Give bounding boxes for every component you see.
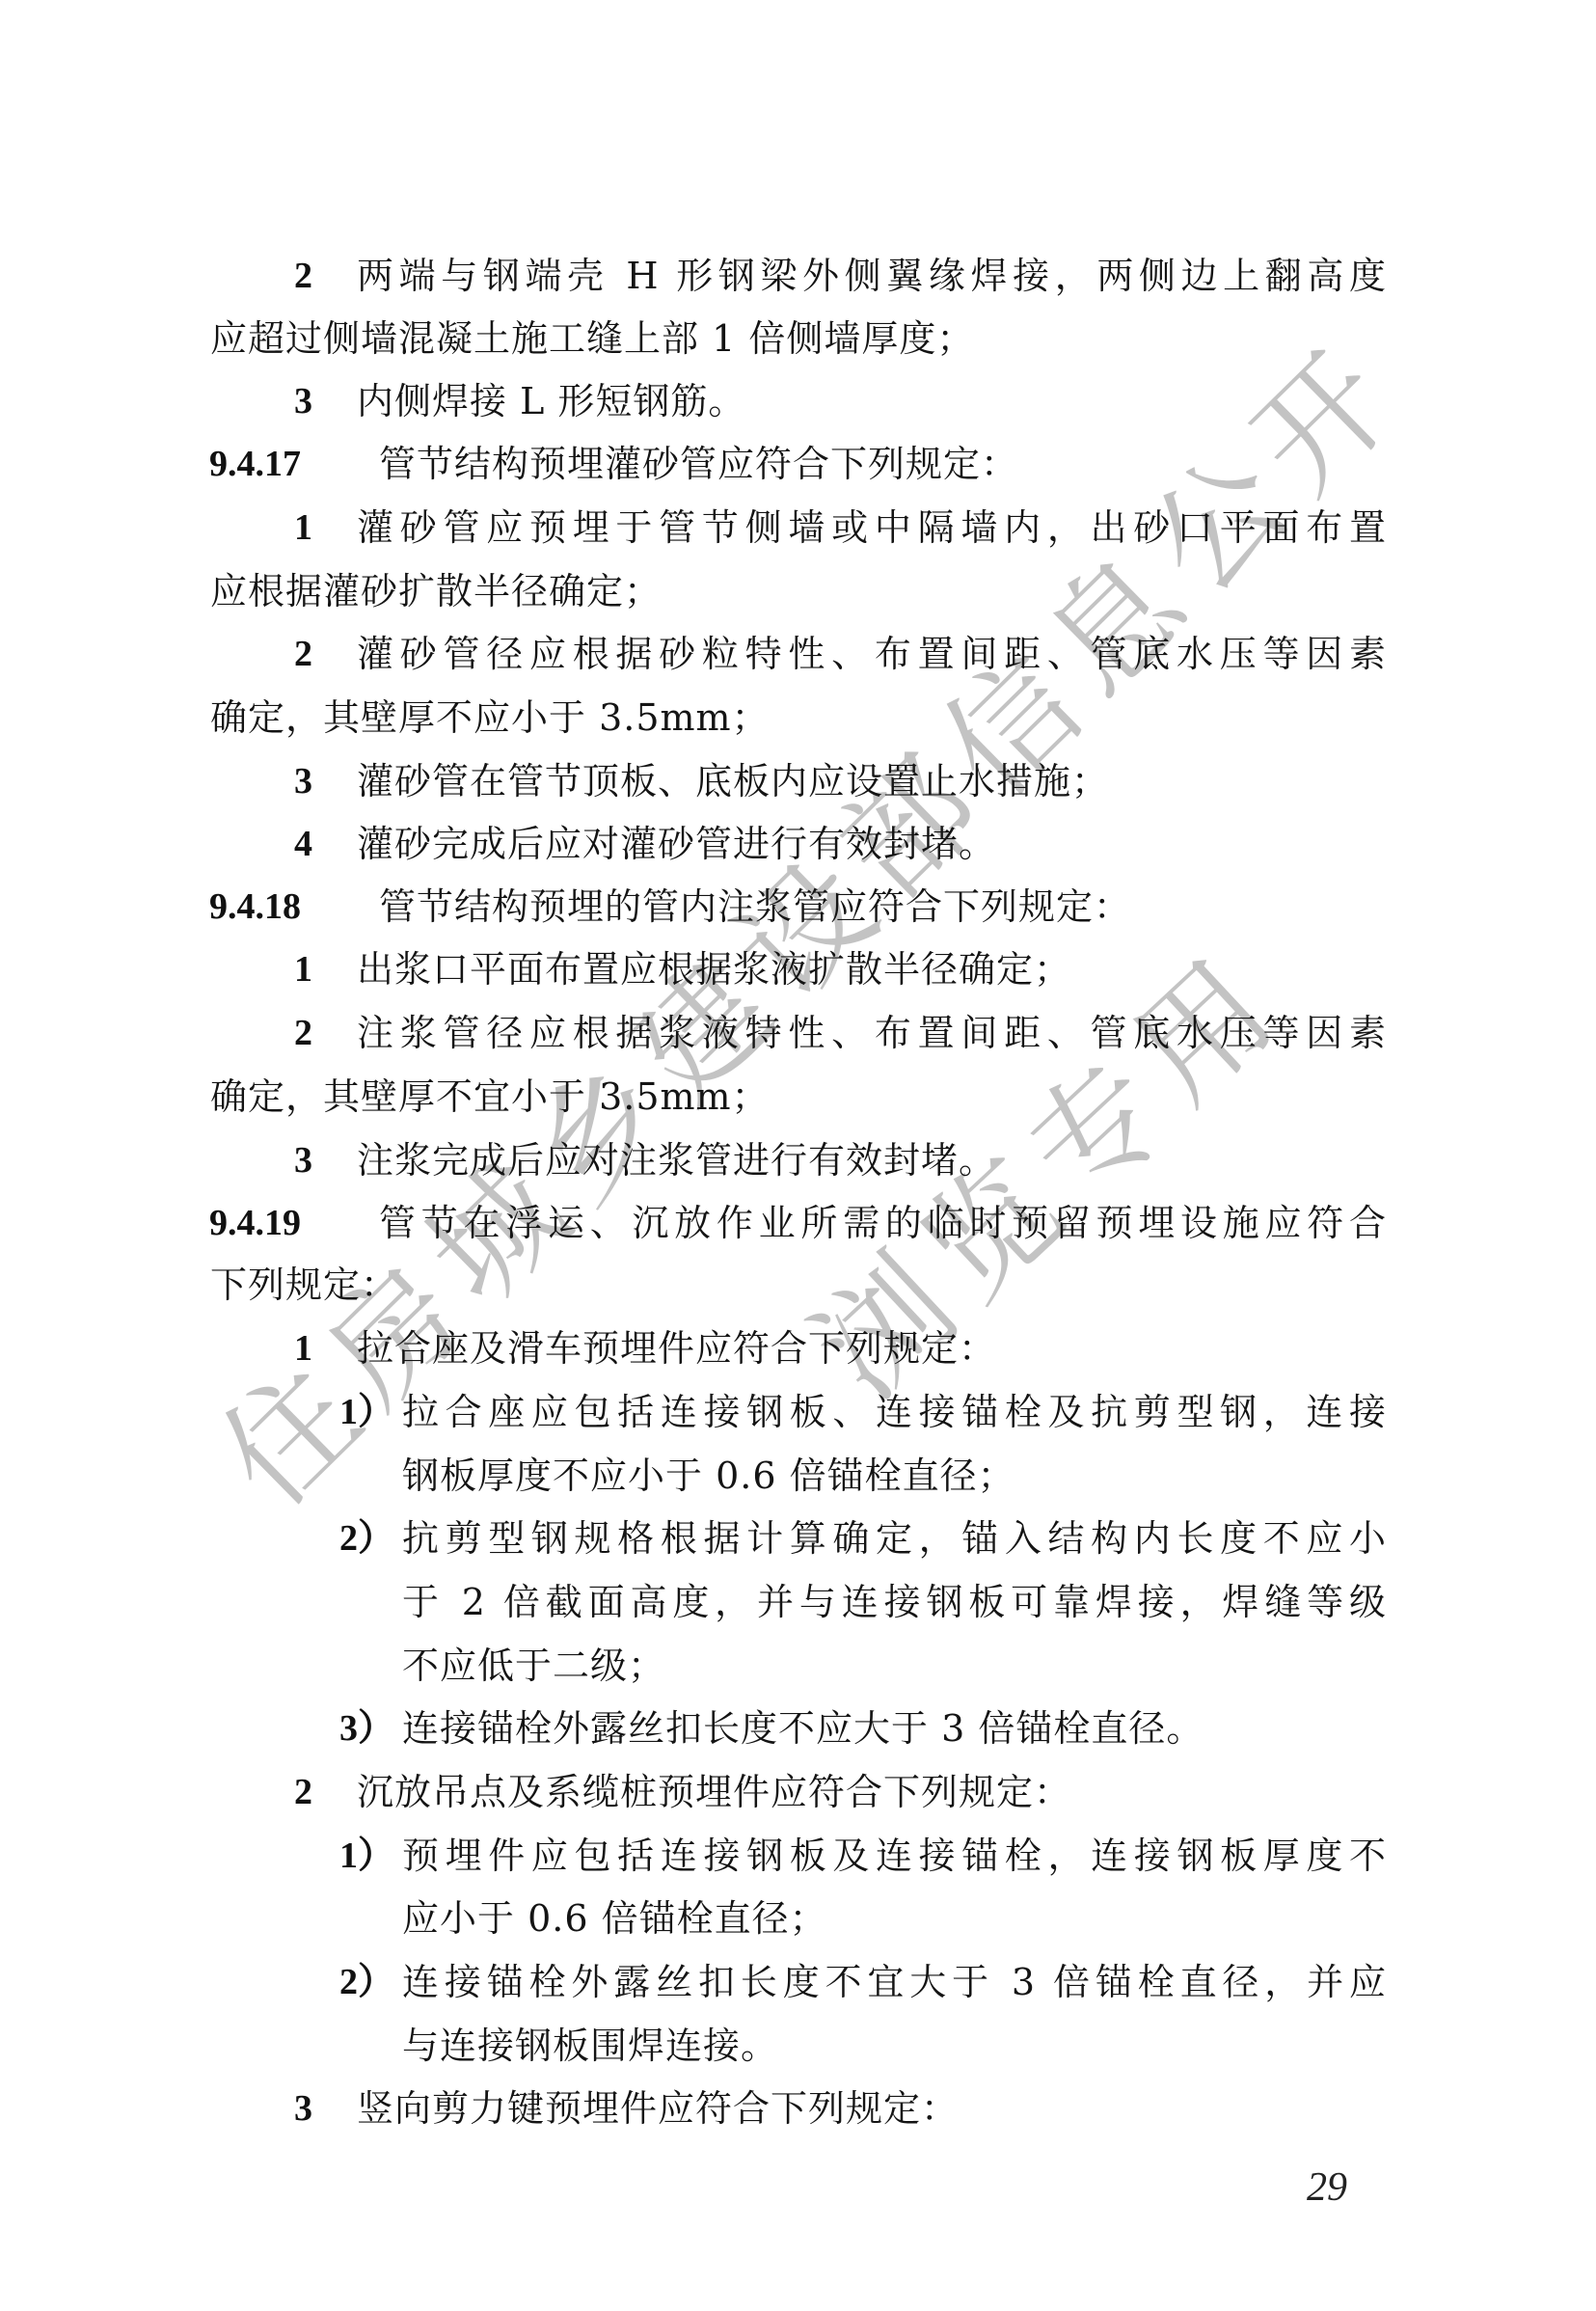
paragraph-text: 灌砂管应预埋于管节侧墙或中隔墙内，出砂口平面布置	[357, 503, 1387, 552]
paragraph-text: 拉合座及滑车预埋件应符合下列规定：	[357, 1324, 1387, 1373]
sub-item-continuation: 不应低于二级；	[402, 1642, 1387, 1690]
sub-item-1: 1） 预埋件应包括连接钢板及连接锚栓，连接钢板厚度不	[339, 1832, 1387, 1880]
sub-item-number: 1）	[339, 1388, 402, 1436]
list-item-2: 2 注浆管径应根据浆液特性、布置间距、管底水压等因素	[294, 1009, 1387, 1057]
clause-heading: 管节结构预埋灌砂管应符合下列规定：	[379, 440, 1387, 488]
sub-item-2: 2） 连接锚栓外露丝扣长度不宜大于 3 倍锚栓直径，并应	[339, 1958, 1387, 2006]
sub-item-continuation: 钢板厚度不应小于 0.6 倍锚栓直径；	[402, 1452, 1387, 1500]
item-number: 1	[294, 1324, 357, 1373]
clause-heading: 管节结构预埋的管内注浆管应符合下列规定：	[379, 883, 1387, 931]
clause-9-4-19: 9.4.19 管节在浮运、沉放作业所需的临时预留预埋设施应符合	[209, 1199, 1387, 1247]
clause-number: 9.4.17	[209, 440, 379, 488]
list-item-3: 3 竖向剪力键预埋件应符合下列规定：	[294, 2084, 1387, 2133]
sub-item-number: 2）	[339, 1514, 402, 1563]
item-number: 2	[294, 252, 357, 300]
paragraph-text: 于 2 倍截面高度，并与连接钢板可靠焊接，焊缝等级	[402, 1578, 1387, 1626]
page-number: 29	[1307, 2164, 1347, 2211]
item-number: 1	[294, 503, 357, 552]
sub-item-2: 2） 抗剪型钢规格根据计算确定，锚入结构内长度不应小	[339, 1514, 1387, 1563]
clause-number: 9.4.18	[209, 883, 379, 931]
paragraph-text: 两端与钢端壳 H 形钢梁外侧翼缘焊接，两侧边上翻高度	[357, 252, 1387, 300]
item-number: 4	[294, 820, 357, 868]
clause-9-4-18: 9.4.18 管节结构预埋的管内注浆管应符合下列规定：	[209, 883, 1387, 931]
paragraph-text: 沉放吊点及系缆桩预埋件应符合下列规定：	[357, 1768, 1387, 1816]
item-number: 3	[294, 377, 357, 425]
paragraph-text: 下列规定：	[210, 1261, 1387, 1309]
paragraph-text: 预埋件应包括连接钢板及连接锚栓，连接钢板厚度不	[402, 1832, 1387, 1880]
list-item-3: 3 注浆完成后应对注浆管进行有效封堵。	[294, 1136, 1387, 1184]
list-item-4: 4 灌砂完成后应对灌砂管进行有效封堵。	[294, 820, 1387, 868]
paragraph-text: 钢板厚度不应小于 0.6 倍锚栓直径；	[402, 1452, 1387, 1500]
paragraph-text: 与连接钢板围焊连接。	[402, 2022, 1387, 2070]
list-item-2: 2 灌砂管径应根据砂粒特性、布置间距、管底水压等因素	[294, 630, 1387, 678]
sub-item-continuation: 应小于 0.6 倍锚栓直径；	[402, 1894, 1387, 1943]
paragraph-text: 连接锚栓外露丝扣长度不宜大于 3 倍锚栓直径，并应	[402, 1958, 1387, 2006]
clause-9-4-17: 9.4.17 管节结构预埋灌砂管应符合下列规定：	[209, 440, 1387, 488]
list-item-1: 1 拉合座及滑车预埋件应符合下列规定：	[294, 1324, 1387, 1373]
item-number: 1	[294, 945, 357, 993]
paragraph-text: 拉合座应包括连接钢板、连接锚栓及抗剪型钢，连接	[402, 1388, 1387, 1436]
item-number: 2	[294, 1009, 357, 1057]
item-number: 2	[294, 1768, 357, 1816]
item-number: 2	[294, 630, 357, 678]
paragraph-text: 应小于 0.6 倍锚栓直径；	[402, 1894, 1387, 1943]
paragraph-text: 竖向剪力键预埋件应符合下列规定：	[357, 2084, 1387, 2133]
paragraph-text: 内侧焊接 L 形短钢筋。	[357, 377, 1387, 425]
paragraph-text: 出浆口平面布置应根据浆液扩散半径确定；	[357, 945, 1387, 993]
document-page: 住房城乡建设部信息公开 浏览专用 2 两端与钢端壳 H 形钢梁外侧翼缘焊接，两侧…	[0, 0, 1596, 2311]
paragraph-text: 连接锚栓外露丝扣长度不应大于 3 倍锚栓直径。	[402, 1704, 1387, 1753]
list-item-3: 3 灌砂管在管节顶板、底板内应设置止水措施；	[294, 757, 1387, 805]
list-item-2: 2 两端与钢端壳 H 形钢梁外侧翼缘焊接，两侧边上翻高度	[294, 252, 1387, 300]
paragraph-text: 注浆完成后应对注浆管进行有效封堵。	[357, 1136, 1387, 1184]
paragraph-text: 注浆管径应根据浆液特性、布置间距、管底水压等因素	[357, 1009, 1387, 1057]
paragraph-text: 确定，其壁厚不宜小于 3.5mm；	[210, 1073, 1387, 1121]
paragraph-text: 灌砂管在管节顶板、底板内应设置止水措施；	[357, 757, 1387, 805]
list-item-1: 1 灌砂管应预埋于管节侧墙或中隔墙内，出砂口平面布置	[294, 503, 1387, 552]
paragraph-text: 抗剪型钢规格根据计算确定，锚入结构内长度不应小	[402, 1514, 1387, 1563]
sub-item-continuation: 于 2 倍截面高度，并与连接钢板可靠焊接，焊缝等级	[402, 1578, 1387, 1626]
paragraph-text: 确定，其壁厚不应小于 3.5mm；	[210, 693, 1387, 742]
sub-item-number: 3）	[339, 1704, 402, 1753]
list-item-3: 3 内侧焊接 L 形短钢筋。	[294, 377, 1387, 425]
sub-item-number: 2）	[339, 1958, 402, 2006]
clause-number: 9.4.19	[209, 1199, 379, 1247]
paragraph-continuation: 应超过侧墙混凝土施工缝上部 1 倍侧墙厚度；	[210, 314, 1387, 363]
paragraph-text: 不应低于二级；	[402, 1642, 1387, 1690]
list-item-1: 1 出浆口平面布置应根据浆液扩散半径确定；	[294, 945, 1387, 993]
paragraph-continuation: 应根据灌砂扩散半径确定；	[210, 567, 1387, 615]
paragraph-text: 应超过侧墙混凝土施工缝上部 1 倍侧墙厚度；	[210, 314, 1387, 363]
paragraph-continuation: 下列规定：	[210, 1261, 1387, 1309]
paragraph-text: 灌砂管径应根据砂粒特性、布置间距、管底水压等因素	[357, 630, 1387, 678]
list-item-2: 2 沉放吊点及系缆桩预埋件应符合下列规定：	[294, 1768, 1387, 1816]
sub-item-number: 1）	[339, 1832, 402, 1880]
paragraph-continuation: 确定，其壁厚不宜小于 3.5mm；	[210, 1073, 1387, 1121]
paragraph-text: 灌砂完成后应对灌砂管进行有效封堵。	[357, 820, 1387, 868]
clause-heading: 管节在浮运、沉放作业所需的临时预留预埋设施应符合	[379, 1199, 1387, 1247]
item-number: 3	[294, 757, 357, 805]
sub-item-3: 3） 连接锚栓外露丝扣长度不应大于 3 倍锚栓直径。	[339, 1704, 1387, 1753]
item-number: 3	[294, 2084, 357, 2133]
item-number: 3	[294, 1136, 357, 1184]
paragraph-text: 应根据灌砂扩散半径确定；	[210, 567, 1387, 615]
sub-item-1: 1） 拉合座应包括连接钢板、连接锚栓及抗剪型钢，连接	[339, 1388, 1387, 1436]
sub-item-continuation: 与连接钢板围焊连接。	[402, 2022, 1387, 2070]
paragraph-continuation: 确定，其壁厚不应小于 3.5mm；	[210, 693, 1387, 742]
